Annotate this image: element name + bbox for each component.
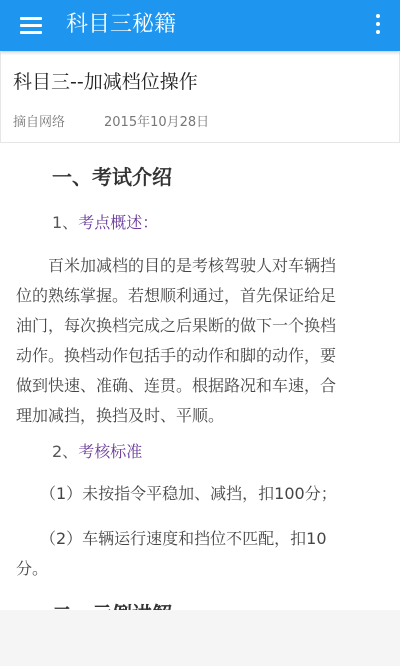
bottom-blank-area (0, 610, 400, 666)
paragraph-line: 百米加减档的目的是考核驾驶人对车辆挡 (16, 251, 376, 281)
rule-2: （2）车辆运行速度和挡位不匹配，扣10 分。 (16, 524, 376, 584)
rule-1: （1）未按指令平稳加、减挡，扣100分； (16, 479, 376, 509)
subsection-number: 1、 (52, 213, 78, 232)
subsection-title-standards: 2、考核标准 (52, 439, 142, 462)
paragraph-line: 位的熟练掌握。若想顺利通过，首先保证给足 (16, 281, 376, 311)
article-body[interactable]: 一、考试介绍 1、考点概述： 百米加减档的目的是考核驾驶人对车辆挡 位的熟练掌握… (0, 143, 400, 610)
hamburger-menu-icon[interactable] (20, 17, 42, 34)
paragraph-overview: 百米加减档的目的是考核驾驶人对车辆挡 位的熟练掌握。若想顺利通过，首先保证给足 … (16, 251, 376, 431)
paragraph-line: 油门，每次换档完成之后果断的做下一个换档 (16, 311, 376, 341)
article-header: 科目三--加减档位操作 摘自网络 2015年10月28日 (0, 52, 400, 143)
app-title: 科目三秘籍 (66, 11, 176, 39)
paragraph-line: 做到快速、准确、连贯。根据路况和车速，合 (16, 371, 376, 401)
article-source: 摘自网络 (13, 111, 65, 130)
subsection-number: 2、 (52, 442, 78, 461)
subsection-text: 考点概述： (78, 213, 158, 232)
section-title-exam-intro: 一、考试介绍 (52, 161, 172, 190)
subsection-text: 考核标准 (78, 442, 142, 461)
section-title-examples: 二、示例讲解 (52, 598, 172, 610)
paragraph-line: 分。 (16, 554, 376, 584)
app-bar: 科目三秘籍 (0, 0, 400, 51)
paragraph-line: 动作。换档动作包括手的动作和脚的动作，要 (16, 341, 376, 371)
article-title: 科目三--加减档位操作 (13, 70, 198, 94)
article-date: 2015年10月28日 (104, 111, 209, 130)
paragraph-line: （2）车辆运行速度和挡位不匹配，扣10 (16, 524, 376, 554)
more-vertical-icon[interactable] (374, 14, 382, 38)
subsection-title-overview: 1、考点概述： (52, 210, 158, 233)
paragraph-line: 理加减挡，换挡及时、平顺。 (16, 401, 376, 431)
